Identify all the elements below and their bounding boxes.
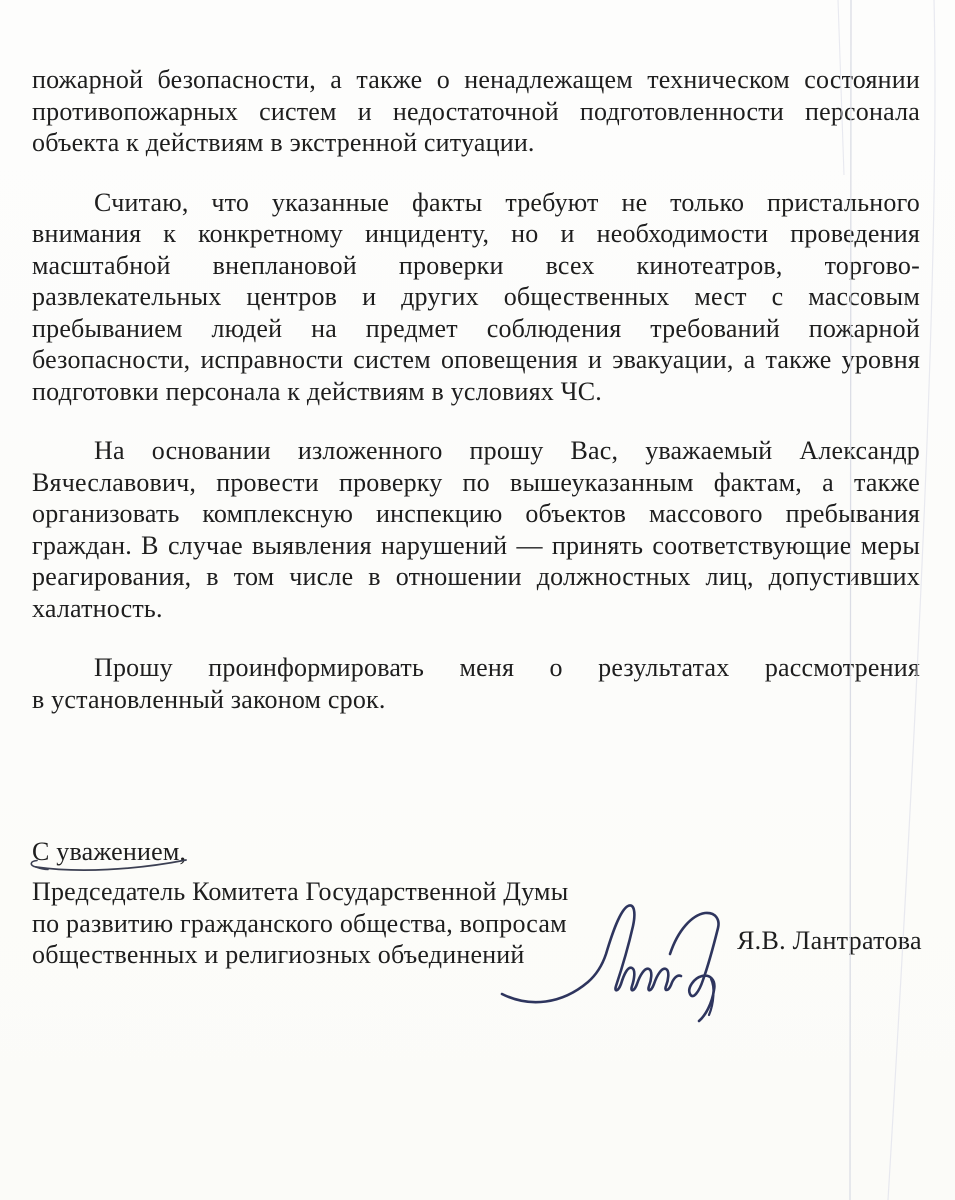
text-line: противопожарных систем и недостаточной п… <box>32 96 920 128</box>
text-line: в установленный законом срок. <box>32 684 920 716</box>
text-line: халатность. <box>32 593 920 625</box>
text-line: граждан. В случае выявления нарушений — … <box>32 530 920 562</box>
text-line: объекта к действиям в экстренной ситуаци… <box>32 127 920 159</box>
signer-name: Я.В. Лантратова <box>737 926 922 956</box>
salutation: С уважением, <box>32 836 652 868</box>
text-line: На основании изложенного прошу Вас, уваж… <box>32 435 920 467</box>
text-line: Прошу проинформировать меня о результата… <box>32 652 920 684</box>
paragraph-2: Считаю, что указанные факты требуют не т… <box>32 187 920 408</box>
paragraph-4: Прошу проинформировать меня о результата… <box>32 652 920 715</box>
letter-body: пожарной безопасности, а также о ненадле… <box>32 64 920 715</box>
text-line: пребыванием людей на предмет соблюдения … <box>32 313 920 345</box>
text-line: реагирования, в том числе в отношении до… <box>32 561 920 593</box>
text-line: по развитию гражданского общества, вопро… <box>32 908 652 940</box>
text-line: развлекательных центров и других обществ… <box>32 281 920 313</box>
text-line: Вячеславович, провести проверку по вышеу… <box>32 467 920 499</box>
text-line: масштабной внеплановой проверки всех кин… <box>32 250 920 282</box>
text-line: пожарной безопасности, а также о ненадле… <box>32 64 920 96</box>
text-line: Председатель Комитета Государственной Ду… <box>32 876 652 908</box>
paragraph-3: На основании изложенного прошу Вас, уваж… <box>32 435 920 624</box>
text-line: подготовки персонала к действиям в услов… <box>32 376 920 408</box>
scanned-letter-page: пожарной безопасности, а также о ненадле… <box>0 0 955 1200</box>
text-line: организовать комплексную инспекцию объек… <box>32 498 920 530</box>
paragraph-1: пожарной безопасности, а также о ненадле… <box>32 64 920 159</box>
text-line: безопасности, исправности систем оповеще… <box>32 344 920 376</box>
closing-block: С уважением, Председатель Комитета Госуд… <box>32 836 652 971</box>
text-line: Считаю, что указанные факты требуют не т… <box>32 187 920 219</box>
text-line: внимания к конкретному инциденту, но и н… <box>32 218 920 250</box>
signer-title: Председатель Комитета Государственной Ду… <box>32 876 652 971</box>
text-line: общественных и религиозных объединений <box>32 939 652 971</box>
